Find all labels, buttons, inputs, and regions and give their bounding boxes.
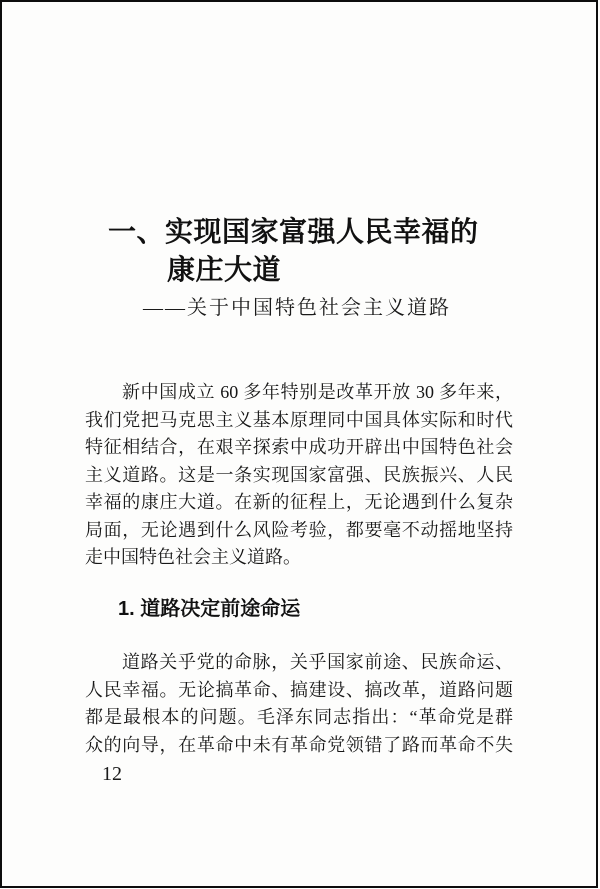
text-line: 都是最根本的问题。毛泽东同志指出：“革命党是群 xyxy=(85,704,513,732)
text-line: 主义道路。这是一条实现国家富强、民族振兴、人民 xyxy=(85,462,513,490)
text-line: 新中国成立 60 多年特别是改革开放 30 多年来， xyxy=(85,379,513,407)
chapter-subtitle: ——关于中国特色社会主义道路 xyxy=(143,291,451,320)
chapter-title-line-2: 康庄大道 xyxy=(167,252,479,290)
body-paragraph-1: 新中国成立 60 多年特别是改革开放 30 多年来，我们党把马克思主义基本原理同… xyxy=(85,379,513,572)
chapter-title: 一、实现国家富强人民幸福的 康庄大道 xyxy=(108,214,479,290)
section-heading: 1. 道路决定前途命运 xyxy=(118,592,300,621)
text-line: 众的向导，在革命中未有革命党领错了路而革命不失 xyxy=(85,732,513,760)
page-number: 12 xyxy=(102,763,122,786)
text-line: 幸福的康庄大道。在新的征程上，无论遇到什么复杂 xyxy=(85,489,513,517)
book-page: 一、实现国家富强人民幸福的 康庄大道 ——关于中国特色社会主义道路 新中国成立 … xyxy=(0,0,600,889)
chapter-title-line-1: 一、实现国家富强人民幸福的 xyxy=(108,214,479,252)
text-line: 道路关乎党的命脉，关乎国家前途、民族命运、 xyxy=(85,649,513,677)
text-line: 我们党把马克思主义基本原理同中国具体实际和时代 xyxy=(85,407,513,435)
text-line: 特征相结合，在艰辛探索中成功开辟出中国特色社会 xyxy=(85,434,513,462)
text-line: 走中国特色社会主义道路。 xyxy=(85,544,513,572)
body-paragraph-2: 道路关乎党的命脉，关乎国家前途、民族命运、人民幸福。无论搞革命、搞建设、搞改革，… xyxy=(85,649,513,759)
text-line: 人民幸福。无论搞革命、搞建设、搞改革，道路问题 xyxy=(85,677,513,705)
text-line: 局面，无论遇到什么风险考验，都要毫不动摇地坚持 xyxy=(85,517,513,545)
